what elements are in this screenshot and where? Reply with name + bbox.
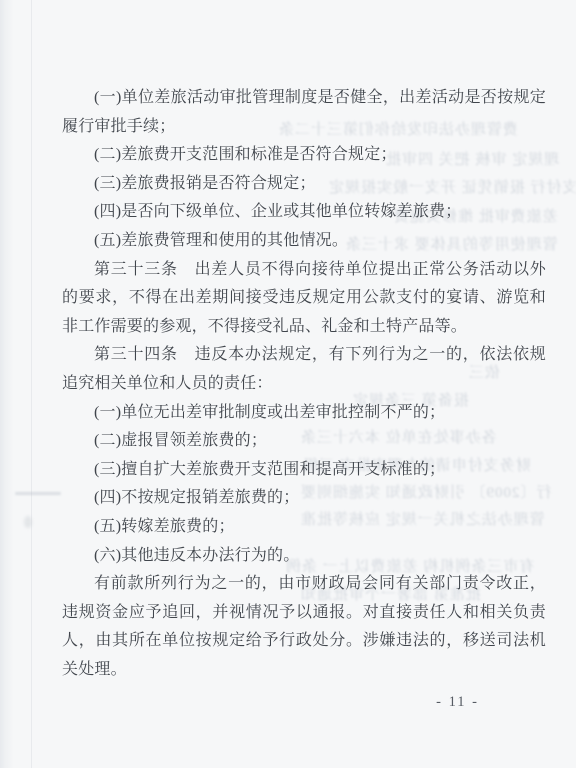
scanned-document-page: 费管理办法印发给你们第三十二条 理规定 审核 把关 四审批 支付行 报销凭证 开… xyxy=(0,0,576,768)
article-33: 第三十三条 出差人员不得向接待单位提出正常公务活动以外的要求，不得在出差期间接受… xyxy=(62,256,546,342)
list-item-4: (四)是否向下级单位、企业或其他单位转嫁差旅费； xyxy=(62,198,546,227)
list-item-2: (二)差旅费开支范围和标准是否符合规定； xyxy=(62,141,546,170)
article-34: 第三十四条 违反本办法规定，有下列行为之一的，依法依规追究相关单位和人员的责任： xyxy=(62,341,546,398)
violation-item-5: (五)转嫁差旅费的； xyxy=(62,513,546,542)
list-item-1: (一)单位差旅活动审批管理制度是否健全，出差活动是否按规定履行审批手续； xyxy=(62,84,546,141)
document-body: (一)单位差旅活动审批管理制度是否健全，出差活动是否按规定履行审批手续； (二)… xyxy=(62,84,546,684)
list-item-5: (五)差旅费管理和使用的其他情况。 xyxy=(62,227,546,256)
violation-item-1: (一)单位无出差审批制度或出差审批控制不严的； xyxy=(62,399,546,428)
scan-smudge xyxy=(15,492,61,495)
list-item-3: (三)差旅费报销是否符合规定； xyxy=(62,170,546,199)
closing-paragraph: 有前款所列行为之一的，由市财政局会同有关部门责令改正，违规资金应予追回，并视情况… xyxy=(62,570,546,684)
scan-fold-line xyxy=(31,0,32,768)
violation-item-2: (二)虚报冒领差旅费的； xyxy=(62,427,546,456)
violation-item-4: (四)不按规定报销差旅费的； xyxy=(62,484,546,513)
scan-smudge xyxy=(24,516,32,528)
page-number: - 11 - xyxy=(436,694,479,711)
scan-edge-shadow xyxy=(0,0,14,768)
violation-item-3: (三)擅自扩大差旅费开支范围和提高开支标准的； xyxy=(62,456,546,485)
violation-item-6: (六)其他违反本办法行为的。 xyxy=(62,542,546,571)
